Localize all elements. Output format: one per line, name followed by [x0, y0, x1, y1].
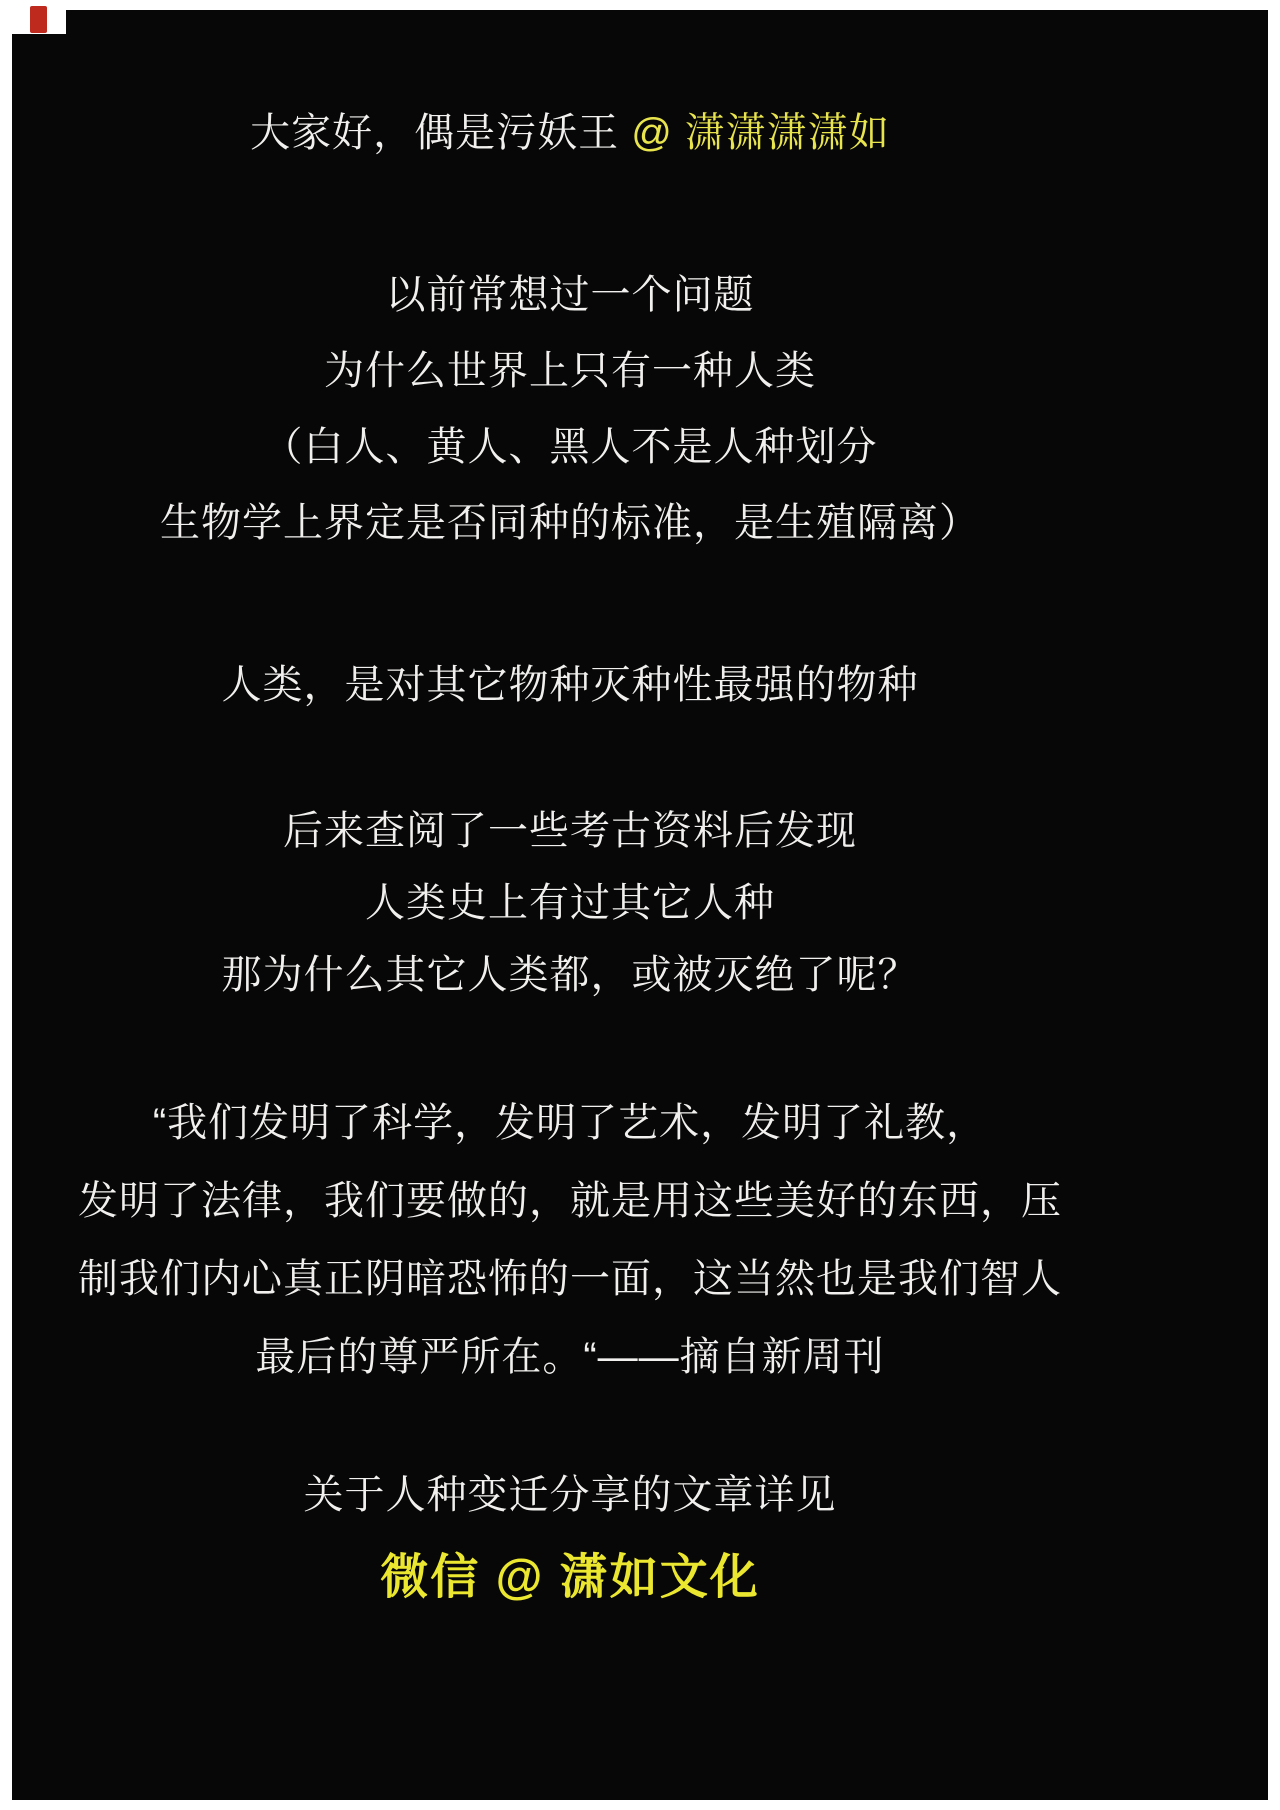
intro-mention-handle: @ 潇潇潇潇如 — [631, 111, 890, 155]
discovery-line-2: 人类史上有过其它人种 — [12, 880, 1128, 926]
footer-note-line: 关于人种变迁分享的文章详见 — [12, 1472, 1128, 1518]
quote-line-3: 制我们内心真正阴暗恐怖的一面，这当然也是我们智人 — [12, 1256, 1128, 1302]
question-line-4: 生物学上界定是否同种的标准，是生殖隔离） — [12, 500, 1128, 546]
question-line-2: 为什么世界上只有一种人类 — [12, 348, 1128, 394]
quote-line-2: 发明了法律，我们要做的，就是用这些美好的东西，压 — [12, 1178, 1128, 1224]
intro-greeting: 大家好，偶是污妖王 — [250, 111, 631, 155]
question-line-1: 以前常想过一个问题 — [12, 272, 1128, 318]
intro-line: 大家好，偶是污妖王 @ 潇潇潇潇如 — [12, 110, 1128, 156]
discovery-line-1: 后来查阅了一些考古资料后发现 — [12, 808, 1128, 854]
poster-canvas: 大家好，偶是污妖王 @ 潇潇潇潇如 以前常想过一个问题 为什么世界上只有一种人类… — [12, 10, 1268, 1800]
wechat-handle-line: 微信 @ 潇如文化 — [12, 1550, 1128, 1605]
red-stamp-mark — [30, 6, 47, 33]
quote-line-1: “我们发明了科学，发明了艺术，发明了礼教， — [12, 1100, 1128, 1146]
statement-line: 人类，是对其它物种灭种性最强的物种 — [12, 662, 1128, 708]
question-line-3: （白人、黄人、黑人不是人种划分 — [12, 424, 1128, 470]
discovery-line-3: 那为什么其它人类都，或被灭绝了呢？ — [12, 952, 1128, 998]
quote-line-4: 最后的尊严所在。“——摘自新周刊 — [12, 1334, 1128, 1380]
